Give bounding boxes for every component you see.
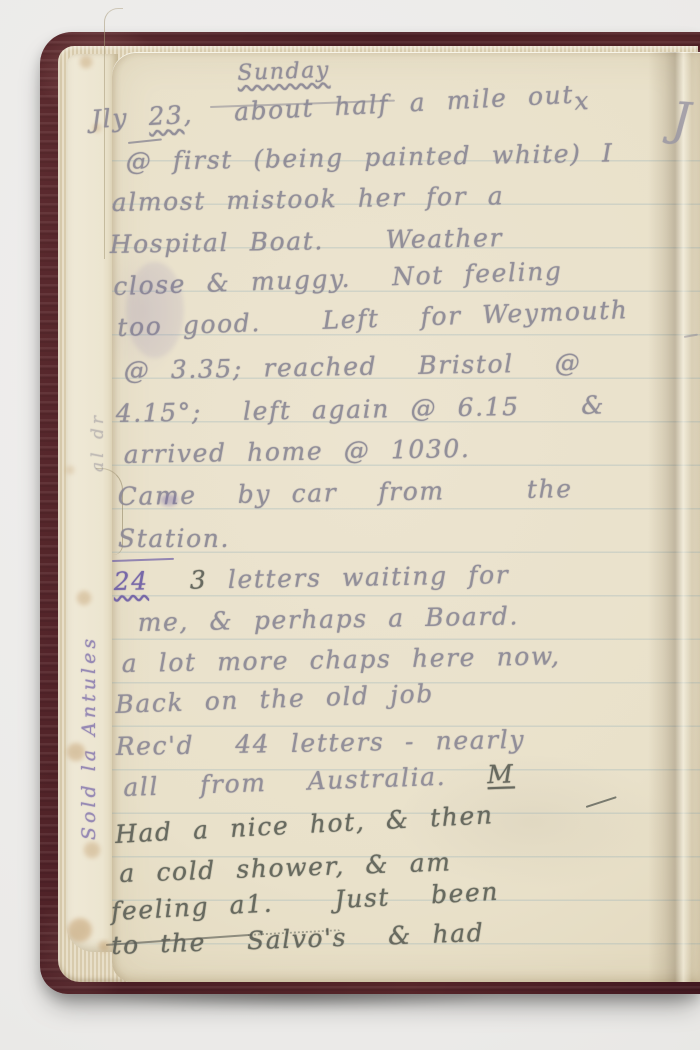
handwriting-line-4: Hospital Boat. Weather [109,221,503,262]
entry-heading-sunday: Sunday [237,54,331,91]
foxing-stain [98,940,110,952]
handwriting-text [148,566,190,596]
foxing-stain [67,917,93,943]
handwriting-text: arrived home @ 1030. [123,434,470,469]
handwriting-text: Sunday [237,58,330,86]
handwriting-line-12: 24 3 letters waiting for [113,558,509,599]
foxing-stain [83,841,101,859]
margin-scribble-gray: al dr [88,257,108,472]
foxing-stain [66,742,86,762]
foxing-stain [65,465,75,475]
foxing-stain [79,55,93,69]
handwriting-text: 24 [113,566,149,596]
handwriting-text: x [574,86,591,116]
handwriting-text: Station. [118,524,230,553]
handwriting-text: 3 [190,565,208,594]
handwriting-line-16: Rec'd 44 letters - nearly [115,723,525,764]
handwriting-text: Came by car from the [117,474,572,511]
pencil-blot [126,262,184,358]
handwriting-text: @ 3.35; reached Bristol @ [123,348,581,385]
pencil-blot [160,494,178,506]
margin-scribble-purple: Sold la Antules [78,530,100,840]
foxing-stain [76,590,92,606]
handwriting-text: @ first (being painted white) I [125,138,613,176]
next-page-writing: J [670,91,692,146]
handwriting-line-13: me, & perhaps a Board. [137,599,519,640]
foxing-stain [92,123,102,133]
handwriting-line-9: arrived home @ 1030. [123,432,470,472]
handwriting-text: me, & perhaps a Board. [137,601,519,637]
handwriting-line-11: Station. [118,522,230,556]
handwriting-text: letters waiting for [207,560,509,594]
handwriting-text: Hospital Boat. Weather [109,223,503,259]
handwriting-text: M [487,759,515,789]
page-crease [648,52,700,982]
handwriting-text: a lot more chaps here now, [121,641,560,678]
handwriting-text: Rec'd 44 letters - nearly [115,725,525,761]
notebook-photo: Sold la Antules al dr J SundayJly 23, ab… [0,0,700,1050]
handwriting-text: 4.15°; left again @ 6.15 & [115,390,605,428]
handwriting-text: 23 [148,100,184,131]
handwriting-text: almost mistook her for a [111,181,504,217]
handwriting-line-3: almost mistook her for a [111,179,504,220]
